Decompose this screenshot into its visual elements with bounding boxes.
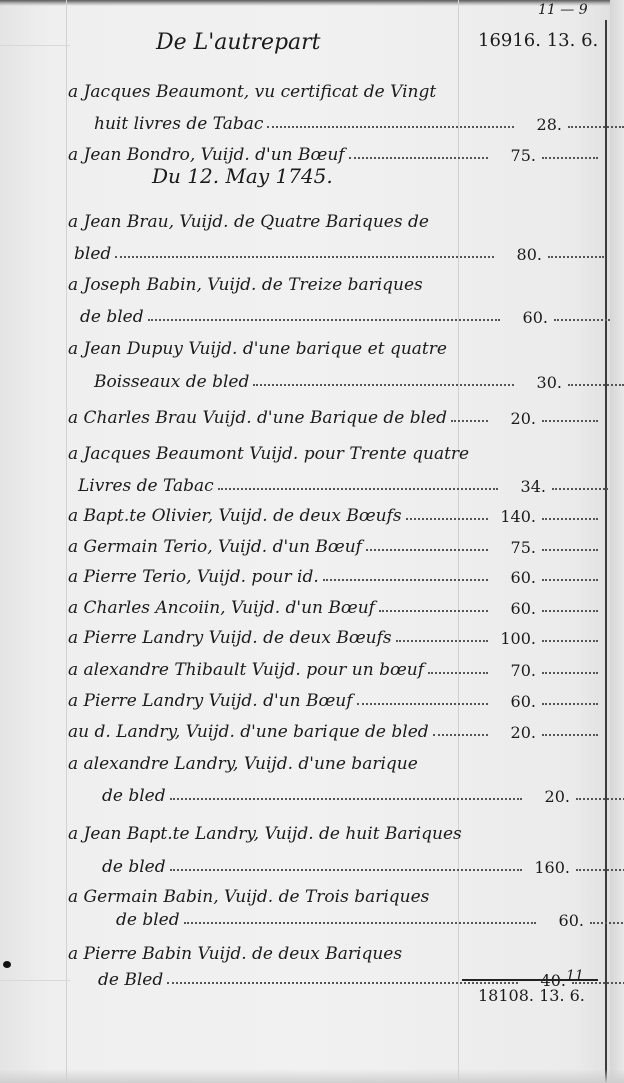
entry-line: a Jacques Beaumont, vu certificat de Vin… <box>68 72 598 102</box>
entry-amount: 30. <box>518 373 562 392</box>
entry-line: de bled 60. <box>68 297 610 327</box>
brought-forward-deniers: 6. <box>581 30 598 51</box>
entry-amount: 60. <box>492 568 536 587</box>
entry-line: de bled 20. <box>68 776 624 806</box>
entry-line: a Jean Dupuy Vuijd. d'une barique et qua… <box>68 329 598 359</box>
scan-top-edge <box>0 0 624 6</box>
entry-amount: 60. <box>492 599 536 618</box>
entry-amount: 20. <box>492 409 536 428</box>
total-deniers: 6. <box>570 986 585 1005</box>
bleed-through-mark <box>0 980 70 981</box>
entry-line: de bled 60. <box>68 900 624 930</box>
entry-line: a Germain Terio, Vuijd. d'un Bœuf 75. <box>68 527 598 557</box>
entry-line: a alexandre Landry, Vuijd. d'une barique <box>68 744 598 774</box>
brought-forward-amount: 16916. 13. 6. <box>478 30 598 51</box>
entry-line: a Joseph Babin, Vuijd. de Treize barique… <box>68 265 598 295</box>
ink-dot <box>3 961 11 968</box>
entry-line: huit livres de Tabac 28. <box>68 104 624 134</box>
brought-forward-sols: 13. <box>547 30 576 51</box>
entry-amount: 60. <box>492 692 536 711</box>
entry-amount: 60. <box>540 911 584 930</box>
margin-rule-left <box>66 0 67 1083</box>
entry-amount: 70. <box>492 661 536 680</box>
entry-line: a Bapt.te Olivier, Vuijd. de deux Bœufs … <box>68 496 598 526</box>
entry-amount: 20. <box>526 787 570 806</box>
entry-line: a Charles Ancoiin, Vuijd. d'un Bœuf 60. <box>68 588 598 618</box>
scan-bottom-edge <box>0 1069 624 1083</box>
entry-amount: 75. <box>492 538 536 557</box>
entry-line: bled 80. <box>68 234 604 264</box>
entry-amount: 100. <box>492 629 536 648</box>
total-correction: 11 <box>566 968 584 984</box>
entry-line: a Jean Brau, Vuijd. de Quatre Bariques d… <box>68 202 598 232</box>
entry-amount: 140. <box>492 507 536 526</box>
entry-amount: 20. <box>492 723 536 742</box>
entry-line: Livres de Tabac 34. <box>68 466 608 496</box>
entry-line: a Charles Brau Vuijd. d'une Barique de b… <box>68 398 598 428</box>
bleed-through-mark <box>0 45 70 46</box>
entry-line: a Jean Bapt.te Landry, Vuijd. de huit Ba… <box>68 814 598 844</box>
entry-amount: 34. <box>502 477 546 496</box>
brought-forward-livres: 16916. <box>478 30 541 51</box>
ledger-page: 11 — 9 16916. 13. 6. De L'autrepart a Ja… <box>0 0 624 1083</box>
entry-line: a Jacques Beaumont Vuijd. pour Trente qu… <box>68 434 598 464</box>
entry-line: a Jean Bondro, Vuijd. d'un Bœuf 75. <box>68 135 598 165</box>
total-livres: 18108. <box>478 986 534 1005</box>
entry-line: a Pierre Terio, Vuijd. pour id. 60. <box>68 557 598 587</box>
brought-forward-correction: 11 — 9 <box>538 2 588 18</box>
entry-line: a Pierre Landry Vuijd. de deux Bœufs 100… <box>68 618 598 648</box>
entry-line: a alexandre Thibault Vuijd. pour un bœuf… <box>68 650 598 680</box>
entry-line: au d. Landry, Vuijd. d'une barique de bl… <box>68 712 598 742</box>
date-heading: Du 12. May 1745. <box>152 164 333 188</box>
total-sols: 13. <box>539 986 564 1005</box>
page-total: 18108. 13. 6. <box>478 986 585 1005</box>
entry-amount: 28. <box>518 115 562 134</box>
entry-line: de bled 160. <box>68 847 624 877</box>
entry-line: a Pierre Landry Vuijd. d'un Bœuf 60. <box>68 681 598 711</box>
page-heading: De L'autrepart <box>156 30 321 55</box>
entry-amount: 60. <box>504 308 548 327</box>
entry-amount: 160. <box>526 858 570 877</box>
entry-amount: 80. <box>498 245 542 264</box>
entry-amount: 75. <box>492 146 536 165</box>
entry-line: Boisseaux de bled 30. <box>68 362 624 392</box>
